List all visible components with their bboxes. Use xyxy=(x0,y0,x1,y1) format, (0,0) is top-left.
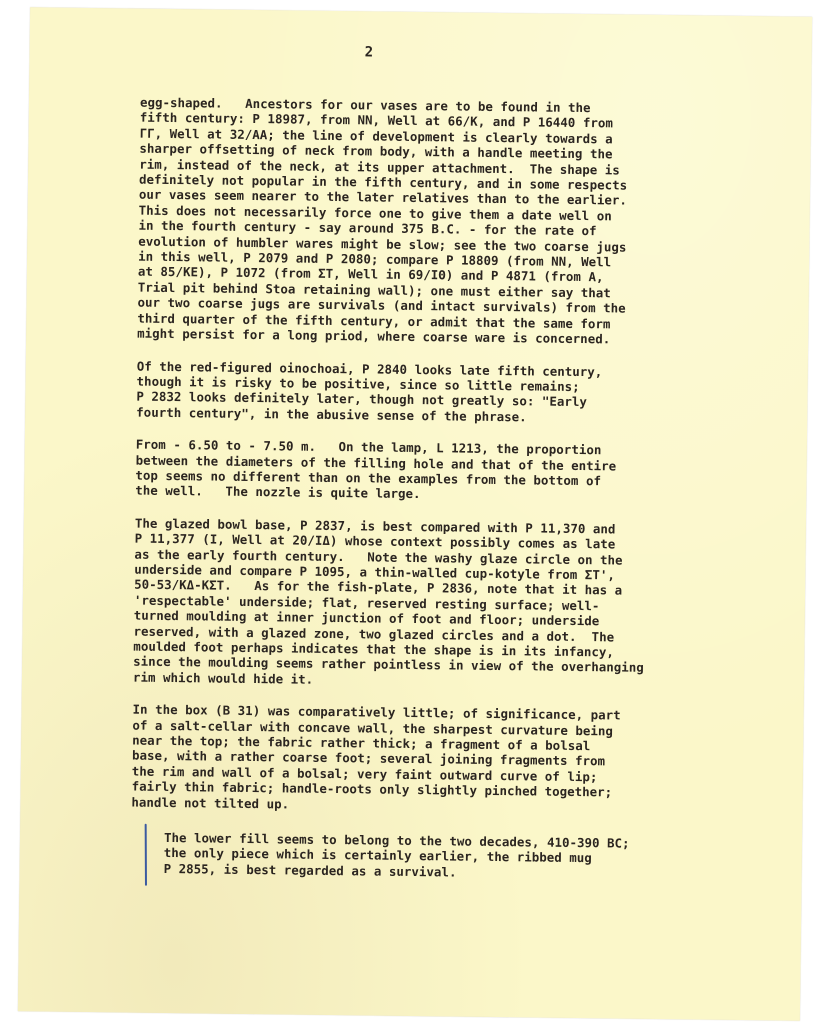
paragraph-red-figured-oinochoai: Of the red-figured oinochoai, P 2840 loo… xyxy=(136,358,777,427)
note-text: The lower fill seems to belong to the tw… xyxy=(164,830,772,884)
page-number: 2 xyxy=(365,44,374,60)
paragraph-lamp-depth: From - 6.50 to - 7.50 m. On the lamp, L … xyxy=(135,437,776,506)
document-body: egg-shaped. Ancestors for our vases are … xyxy=(131,95,780,884)
paragraph-glazed-bowl-base: The glazed bowl base, P 2837, is best co… xyxy=(133,515,775,692)
paragraph-vase-ancestors: egg-shaped. Ancestors for our vases are … xyxy=(137,95,780,349)
paragraph-box-b31: In the box (B 31) was comparatively litt… xyxy=(131,702,772,818)
typed-page: 2 egg-shaped. Ancestors for our vases ar… xyxy=(18,7,812,1020)
indented-note-lower-fill: The lower fill seems to belong to the tw… xyxy=(164,830,772,884)
blue-margin-mark xyxy=(145,824,147,886)
